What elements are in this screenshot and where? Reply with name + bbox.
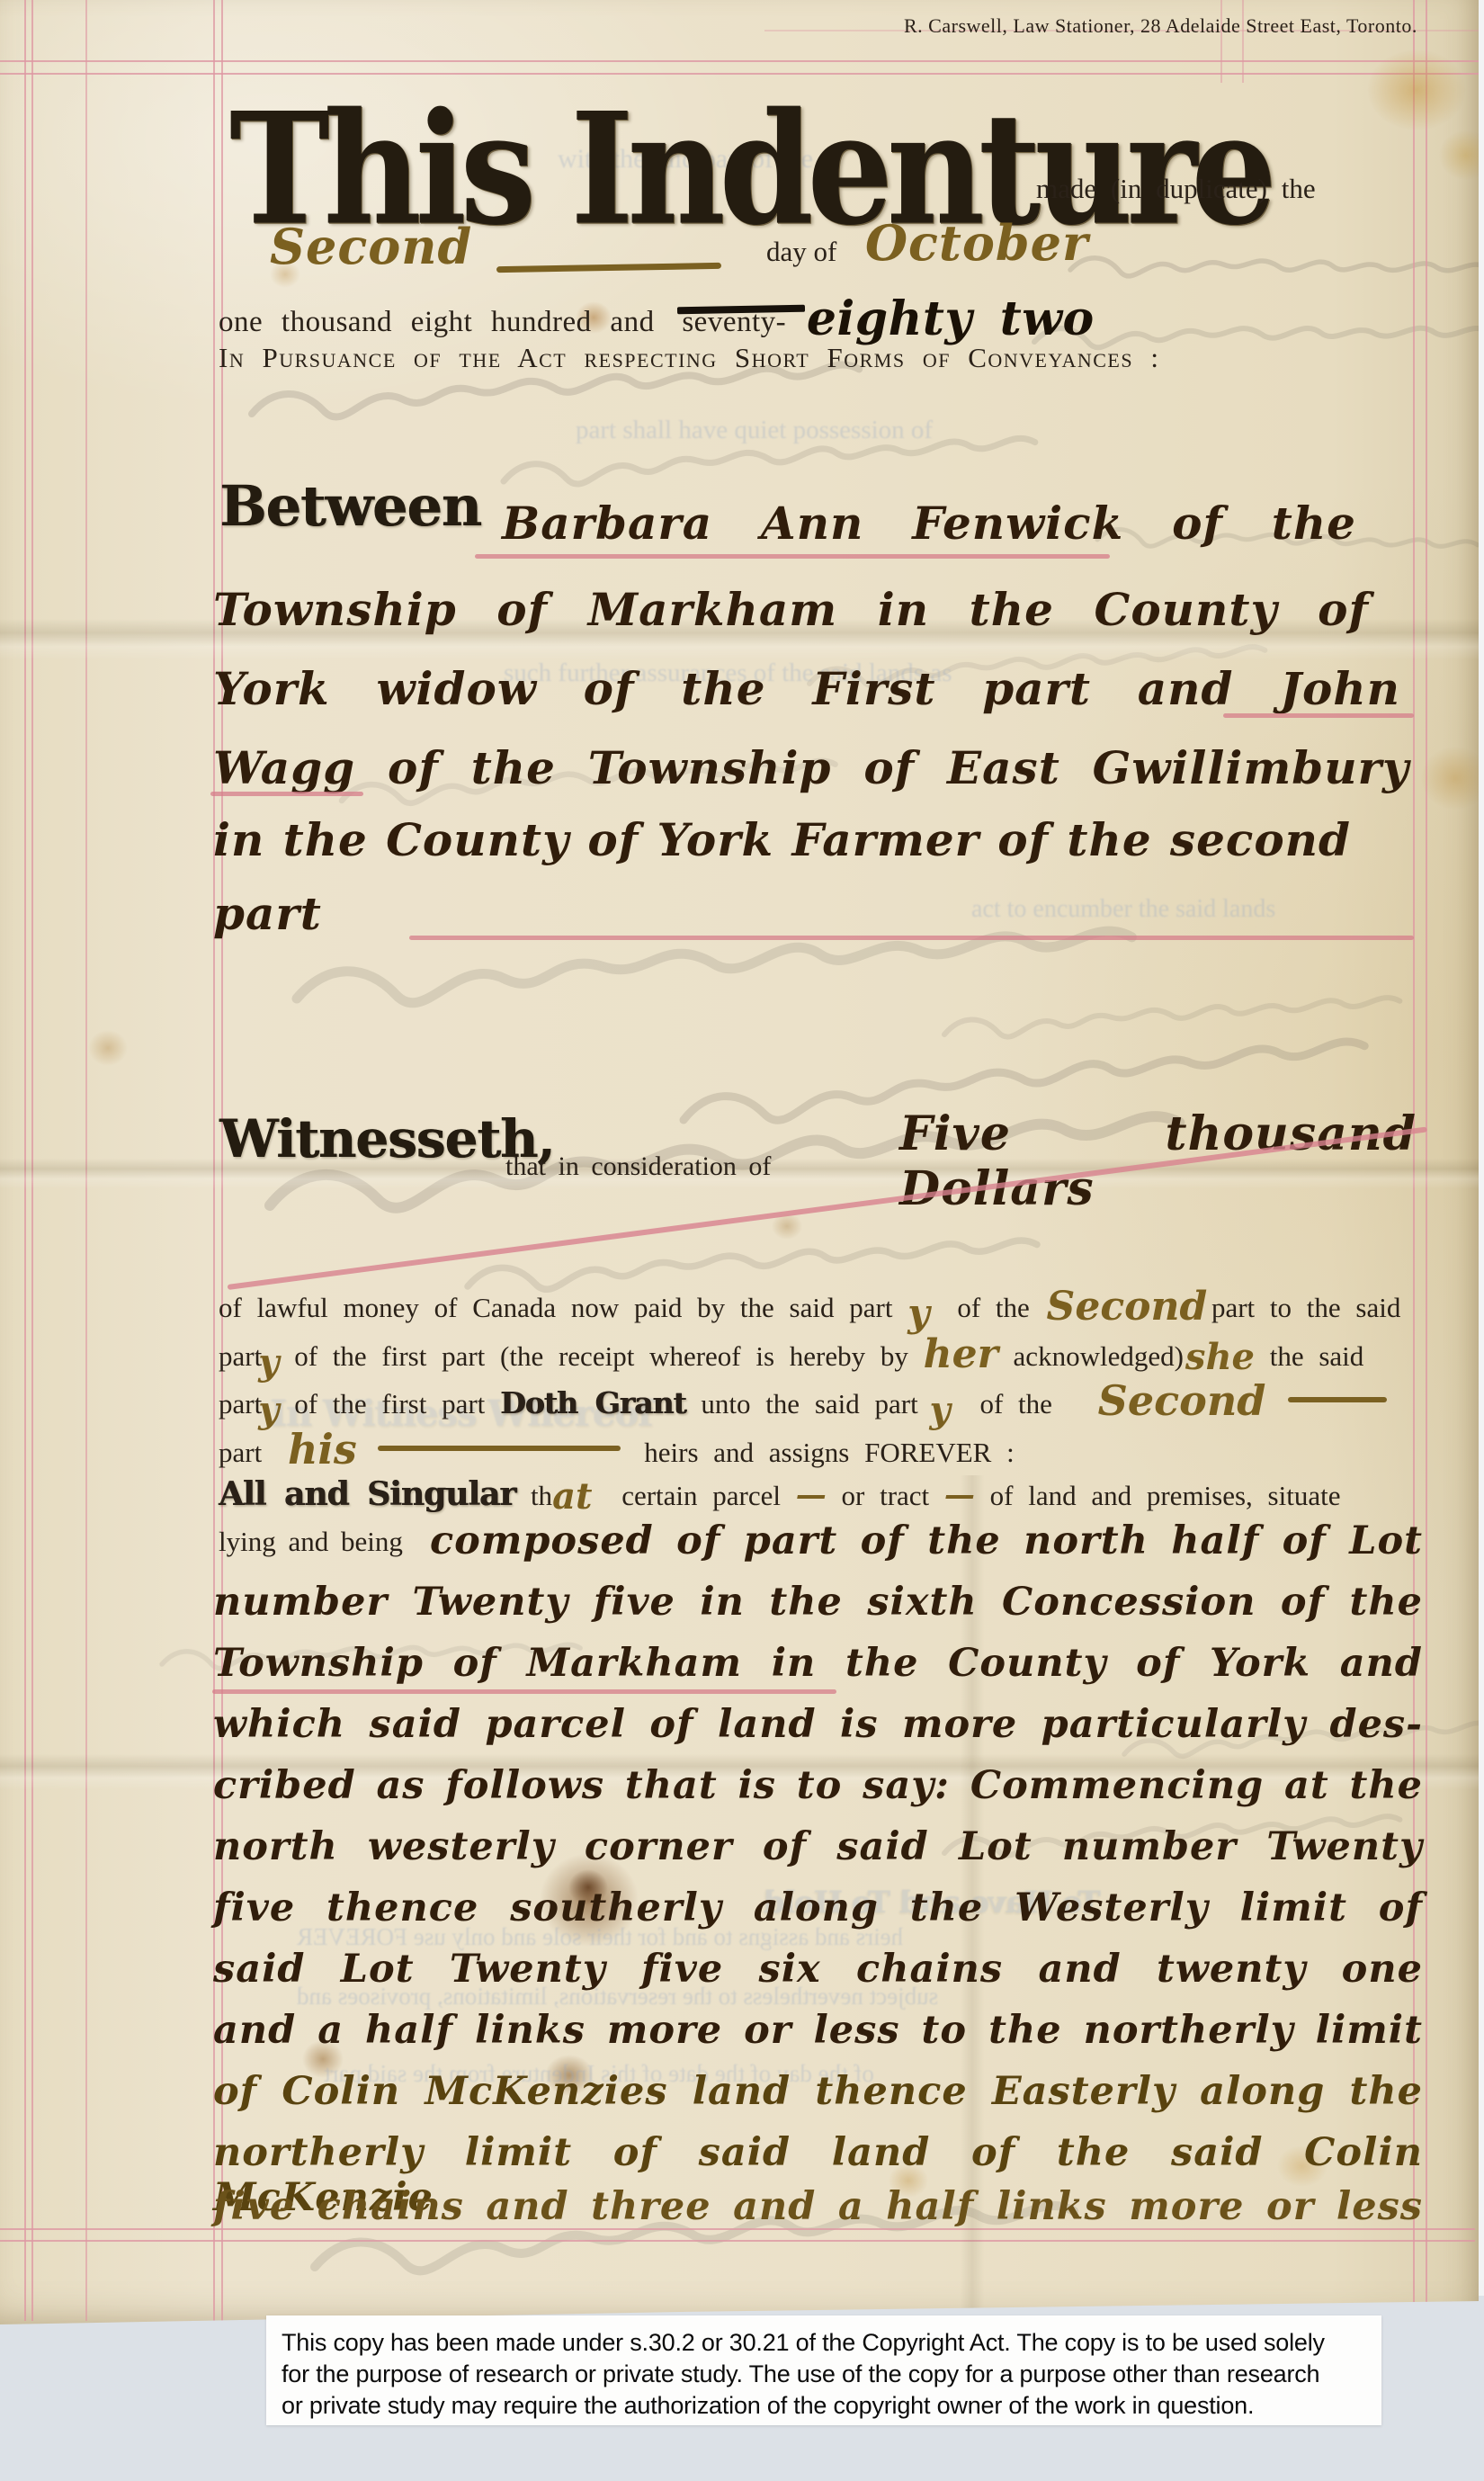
printed-text: the said [1270,1340,1364,1372]
handwritten-line: cribed as follows that is to say: Commen… [213,1763,1423,1808]
paragraph-line: All and Singular that certain parcel — o… [219,1472,1340,1514]
handwritten-insert: y [907,1291,929,1335]
printed-text: part [219,1388,262,1420]
printed-text: unto the said part [701,1388,917,1420]
handwritten-line: which said parcel of land is more partic… [213,1702,1423,1747]
printed-text: of the first part (the receipt whereof i… [294,1340,908,1372]
ruled-line-vertical [1242,0,1244,83]
printed-text: of the first part [294,1388,485,1420]
year-printed-text: one thousand eight hundred and [219,306,655,338]
handwritten-day: Second [270,218,472,275]
stain [1439,130,1484,180]
handwritten-line: north westerly corner of said Lot number… [213,1824,1423,1869]
printed-text: of the [957,1292,1029,1323]
between-label: Between [219,473,481,539]
printed-text: or tract [842,1480,930,1511]
consideration-intro: that in consideration of [505,1151,771,1182]
ink-dash: — [796,1477,827,1513]
ink-dash [496,263,721,273]
handwritten-line: Township of Markham in the County of [213,583,1369,636]
handwritten-line: and a half links more or less to the nor… [213,2008,1423,2053]
printed-text: certain parcel [621,1480,781,1511]
pink-underline [210,792,363,796]
handwritten-insert: she [1185,1336,1255,1378]
printed-text: of lawful money of Canada now paid by th… [219,1292,892,1323]
paragraph-line: party of the first part Doth Grant unto … [219,1375,1387,1423]
paragraph-line: of lawful money of Canada now paid by th… [219,1281,1400,1327]
ink-dash [378,1446,621,1451]
printed-text: heirs and assigns FOREVER : [644,1437,1014,1468]
handwritten-insert: Second [1098,1376,1266,1425]
pink-underline [212,1689,836,1694]
handwritten-line: composed of part of the north half of Lo… [430,1518,1423,1563]
day-of-text: day of [766,236,836,268]
ink-dash: — [944,1477,975,1513]
pursuance-clause: In Pursuance of the Act respecting Short… [219,342,1159,374]
stain [1421,747,1484,810]
handwritten-insert: his [288,1425,357,1473]
stationer-imprint: R. Carswell, Law Stationer, 28 Adelaide … [904,14,1417,38]
handwritten-line: Wagg of the Township of East Gwillimbury [213,741,1409,794]
handwritten-line: of Colin McKenzies land thence Easterly … [213,2069,1423,2114]
printed-text: part [219,1437,262,1468]
paragraph-line: part his heirs and assigns FOREVER : [219,1423,1015,1472]
handwritten-line: York widow of the First part and John [213,662,1400,715]
all-and-singular-label: All and Singular [219,1475,515,1513]
handwritten-line: five chains and three and a half links m… [213,2184,1423,2229]
handwritten-line: number Twenty five in the sixth Concessi… [213,1580,1423,1625]
handwritten-line: said Lot Twenty five six chains and twen… [213,1947,1423,1992]
stain [1367,49,1466,130]
made-in-duplicate-text: made (in duplicate) the [1036,173,1316,205]
handwritten-line: part [213,887,322,940]
printed-text: part [219,1340,262,1372]
handwritten-month: October [865,214,1088,272]
ruled-line-vertical [1220,0,1222,83]
copyright-notice: This copy has been made under s.30.2 or … [266,2315,1381,2425]
printed-text: part to the said [1211,1292,1400,1323]
pink-underline [475,554,1110,559]
copyright-text-line: for the purpose of research or private s… [266,2359,1381,2390]
ink-dash [1288,1397,1387,1402]
handwritten-insert: her [924,1331,998,1377]
pink-underline [409,936,1414,940]
scanned-document-view: with the said part of the part shall hav… [0,0,1484,2481]
handwritten-line: Township of Markham in the County of Yor… [213,1641,1423,1686]
copyright-text-line: or private study may require the authori… [266,2390,1381,2422]
copyright-text-line: This copy has been made under s.30.2 or … [266,2315,1381,2359]
handwritten-year: eighty two [807,291,1095,346]
show-through-text: part shall have quiet possession of [576,416,933,445]
year-line: one thousand eight hundred and seventy- … [219,288,1095,343]
pink-underline [1223,713,1414,718]
lying-and-being-text: lying and being [219,1526,403,1558]
printed-text: th [531,1480,552,1511]
handwritten-line: Barbara Ann Fenwick of the [502,497,1356,550]
stain [88,1030,128,1066]
handwritten-line: in the County of York Farmer of the seco… [213,813,1351,866]
printed-text: of land and premises, situate [990,1480,1341,1511]
handwritten-insert: at [552,1475,592,1518]
paragraph-line: party of the first part (the receipt whe… [219,1330,1363,1375]
witnesseth-label: Witnesseth, [219,1108,554,1169]
show-through-text: act to encumber the said lands [971,895,1275,924]
doth-grant-label: Doth Grant [500,1385,686,1420]
indenture-page: with the said part of the part shall hav… [0,0,1479,2326]
handwritten-line: five thence southerly along the Westerly… [213,1885,1423,1930]
handwritten-insert: Second [1047,1284,1208,1330]
printed-text: of the [979,1388,1051,1420]
printed-text: acknowledged) [1014,1340,1184,1372]
